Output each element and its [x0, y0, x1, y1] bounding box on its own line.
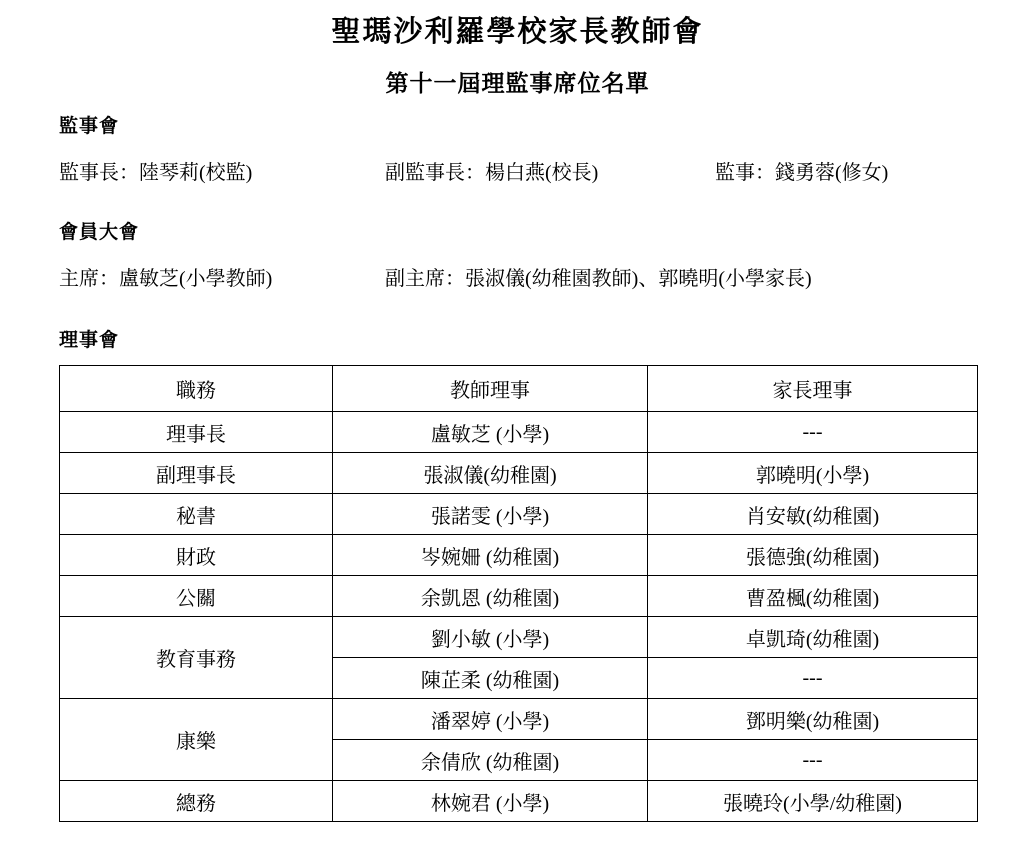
cell-position: 副理事長 [60, 453, 333, 494]
supervisory-chair: 監事長：陸琴莉(校監) [59, 160, 385, 187]
table-row: 康樂 潘翠婷 (小學) 鄧明樂(幼稚園) [60, 699, 978, 740]
cell-teacher: 劉小敏 (小學) [333, 617, 648, 658]
document-subtitle: 第十一屆理監事席位名單 [59, 70, 976, 98]
board-table: 職務 教師理事 家長理事 理事長 盧敏芝 (小學) --- 副理事長 張淑儀(幼… [59, 365, 978, 822]
cell-teacher: 陳芷柔 (幼稚園) [333, 658, 648, 699]
table-row: 公關 余凱恩 (幼稚園) 曹盈楓(幼稚園) [60, 576, 978, 617]
cell-parent: 張德強(幼稚園) [648, 535, 978, 576]
cell-parent: --- [648, 412, 978, 453]
cell-teacher: 余倩欣 (幼稚園) [333, 740, 648, 781]
document-title: 聖瑪沙利羅學校家長教師會 [59, 14, 976, 51]
cell-teacher: 潘翠婷 (小學) [333, 699, 648, 740]
cell-teacher: 岑婉姍 (幼稚園) [333, 535, 648, 576]
cell-teacher: 盧敏芝 (小學) [333, 412, 648, 453]
board-table-body: 理事長 盧敏芝 (小學) --- 副理事長 張淑儀(幼稚園) 郭曉明(小學) 秘… [60, 412, 978, 822]
cell-parent: 郭曉明(小學) [648, 453, 978, 494]
cell-position: 財政 [60, 535, 333, 576]
assembly-vice-chairmen: 副主席：張淑儀(幼稚園教師)、郭曉明(小學家長) [385, 266, 976, 293]
table-row: 副理事長 張淑儀(幼稚園) 郭曉明(小學) [60, 453, 978, 494]
cell-teacher: 余凱恩 (幼稚園) [333, 576, 648, 617]
cell-position: 秘書 [60, 494, 333, 535]
cell-teacher: 張諾雯 (小學) [333, 494, 648, 535]
cell-position-education-affairs: 教育事務 [60, 617, 333, 699]
assembly-members-line: 主席：盧敏芝(小學教師) 副主席：張淑儀(幼稚園教師)、郭曉明(小學家長) [59, 266, 976, 293]
supervisory-vice-chair: 副監事長：楊白燕(校長) [385, 160, 715, 187]
cell-parent: 張曉玲(小學/幼稚園) [648, 781, 978, 822]
header-cell-parent-director: 家長理事 [648, 366, 978, 412]
table-row: 總務 林婉君 (小學) 張曉玲(小學/幼稚園) [60, 781, 978, 822]
board-table-header: 職務 教師理事 家長理事 [60, 366, 978, 412]
supervisory-members-line: 監事長：陸琴莉(校監) 副監事長：楊白燕(校長) 監事：錢勇蓉(修女) [59, 160, 976, 187]
section-heading-general-assembly: 會員大會 [59, 221, 976, 245]
cell-parent: --- [648, 658, 978, 699]
header-cell-position: 職務 [60, 366, 333, 412]
cell-parent: --- [648, 740, 978, 781]
cell-position-recreation: 康樂 [60, 699, 333, 781]
document-page: 聖瑪沙利羅學校家長教師會 第十一屆理監事席位名單 監事會 監事長：陸琴莉(校監)… [0, 0, 1034, 844]
cell-parent: 卓凱琦(幼稚園) [648, 617, 978, 658]
header-cell-teacher-director: 教師理事 [333, 366, 648, 412]
cell-position: 公關 [60, 576, 333, 617]
table-row: 理事長 盧敏芝 (小學) --- [60, 412, 978, 453]
table-header-row: 職務 教師理事 家長理事 [60, 366, 978, 412]
cell-parent: 肖安敏(幼稚園) [648, 494, 978, 535]
assembly-chairman: 主席：盧敏芝(小學教師) [59, 266, 385, 293]
section-heading-supervisory-board: 監事會 [59, 115, 976, 139]
cell-position: 總務 [60, 781, 333, 822]
cell-parent: 鄧明樂(幼稚園) [648, 699, 978, 740]
section-heading-board-of-directors: 理事會 [59, 329, 976, 353]
cell-teacher: 林婉君 (小學) [333, 781, 648, 822]
cell-parent: 曹盈楓(幼稚園) [648, 576, 978, 617]
table-row: 秘書 張諾雯 (小學) 肖安敏(幼稚園) [60, 494, 978, 535]
cell-teacher: 張淑儀(幼稚園) [333, 453, 648, 494]
cell-position: 理事長 [60, 412, 333, 453]
table-row: 財政 岑婉姍 (幼稚園) 張德強(幼稚園) [60, 535, 978, 576]
table-row: 教育事務 劉小敏 (小學) 卓凱琦(幼稚園) [60, 617, 978, 658]
supervisory-member: 監事：錢勇蓉(修女) [715, 160, 976, 187]
